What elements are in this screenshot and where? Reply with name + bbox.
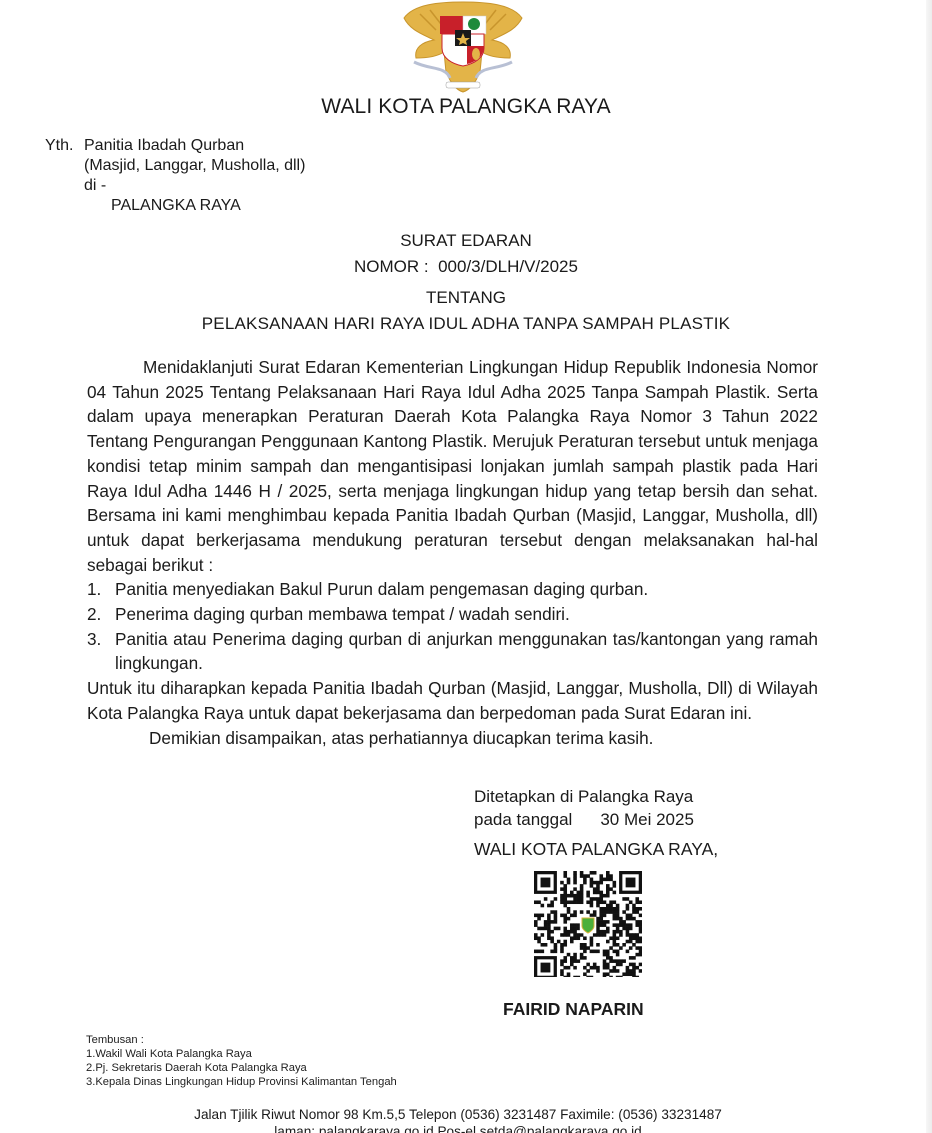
letter-body: Menidaklanjuti Surat Edaran Kementerian … [87,355,818,750]
date-value: 30 Mei 2025 [600,810,694,829]
about-label: TENTANG [0,288,932,308]
document-subject: PELAKSANAAN HARI RAYA IDUL ADHA TANPA SA… [0,314,932,334]
document-type: SURAT EDARAN [0,231,932,251]
footer-address: Jalan Tjilik Riwut Nomor 98 Km.5,5 Telep… [0,1106,916,1123]
list-text: Panitia menyediakan Bakul Purun dalam pe… [115,577,818,602]
list-text: Penerima daging qurban membawa tempat / … [115,602,818,627]
signer-title: WALI KOTA PALANGKA RAYA, [474,839,718,860]
document-number: NOMOR : 000/3/DLH/V/2025 [0,257,932,277]
list-number: 2. [87,602,115,627]
cc-item: 1.Wakil Wali Kota Palangka Raya [86,1047,397,1061]
addressee-block: Yth. Panitia Ibadah Qurban (Masjid, Lang… [45,136,305,216]
number-value: 000/3/DLH/V/2025 [438,257,578,276]
page-edge-shadow [926,0,932,1133]
list-item: 2. Penerima daging qurban membawa tempat… [87,602,818,627]
cc-block: Tembusan : 1.Wakil Wali Kota Palangka Ra… [86,1033,397,1089]
list-item: 3. Panitia atau Penerima daging qurban d… [87,627,818,676]
addressee-line: di - [84,176,106,196]
place-line: Ditetapkan di Palangka Raya [474,785,694,808]
cc-label: Tembusan : [86,1033,397,1047]
closing-paragraph: Demikian disampaikan, atas perhatiannya … [87,726,818,751]
cc-item: 3.Kepala Dinas Lingkungan Hidup Provinsi… [86,1075,397,1089]
list-number: 3. [87,627,115,676]
addressee-city: PALANGKA RAYA [84,196,241,216]
intro-paragraph: Menidaklanjuti Surat Edaran Kementerian … [87,355,818,577]
addressee-line: (Masjid, Langgar, Musholla, dll) [84,156,305,176]
cc-item: 2.Pj. Sekretaris Daerah Kota Palangka Ra… [86,1061,397,1075]
list-number: 1. [87,577,115,602]
addressee-prefix: Yth. [45,136,84,156]
garuda-emblem-icon [400,0,526,95]
date-label: pada tanggal [474,810,572,829]
addressee-line: Panitia Ibadah Qurban [84,136,244,156]
list-item: 1. Panitia menyediakan Bakul Purun dalam… [87,577,818,602]
instruction-list: 1. Panitia menyediakan Bakul Purun dalam… [87,577,818,676]
signature-place-date: Ditetapkan di Palangka Raya pada tanggal… [474,785,694,831]
number-label: NOMOR : [354,257,429,276]
qr-code-icon [534,871,642,977]
signer-name: FAIRID NAPARIN [503,999,644,1020]
footer-web: laman: palangkaraya.go.id Pos-el setda@p… [0,1123,916,1133]
followup-paragraph: Untuk itu diharapkan kepada Panitia Ibad… [87,676,818,725]
letterhead-footer: Jalan Tjilik Riwut Nomor 98 Km.5,5 Telep… [0,1106,916,1133]
issuer-title: WALI KOTA PALANGKA RAYA [0,95,932,119]
list-text: Panitia atau Penerima daging qurban di a… [115,627,818,676]
